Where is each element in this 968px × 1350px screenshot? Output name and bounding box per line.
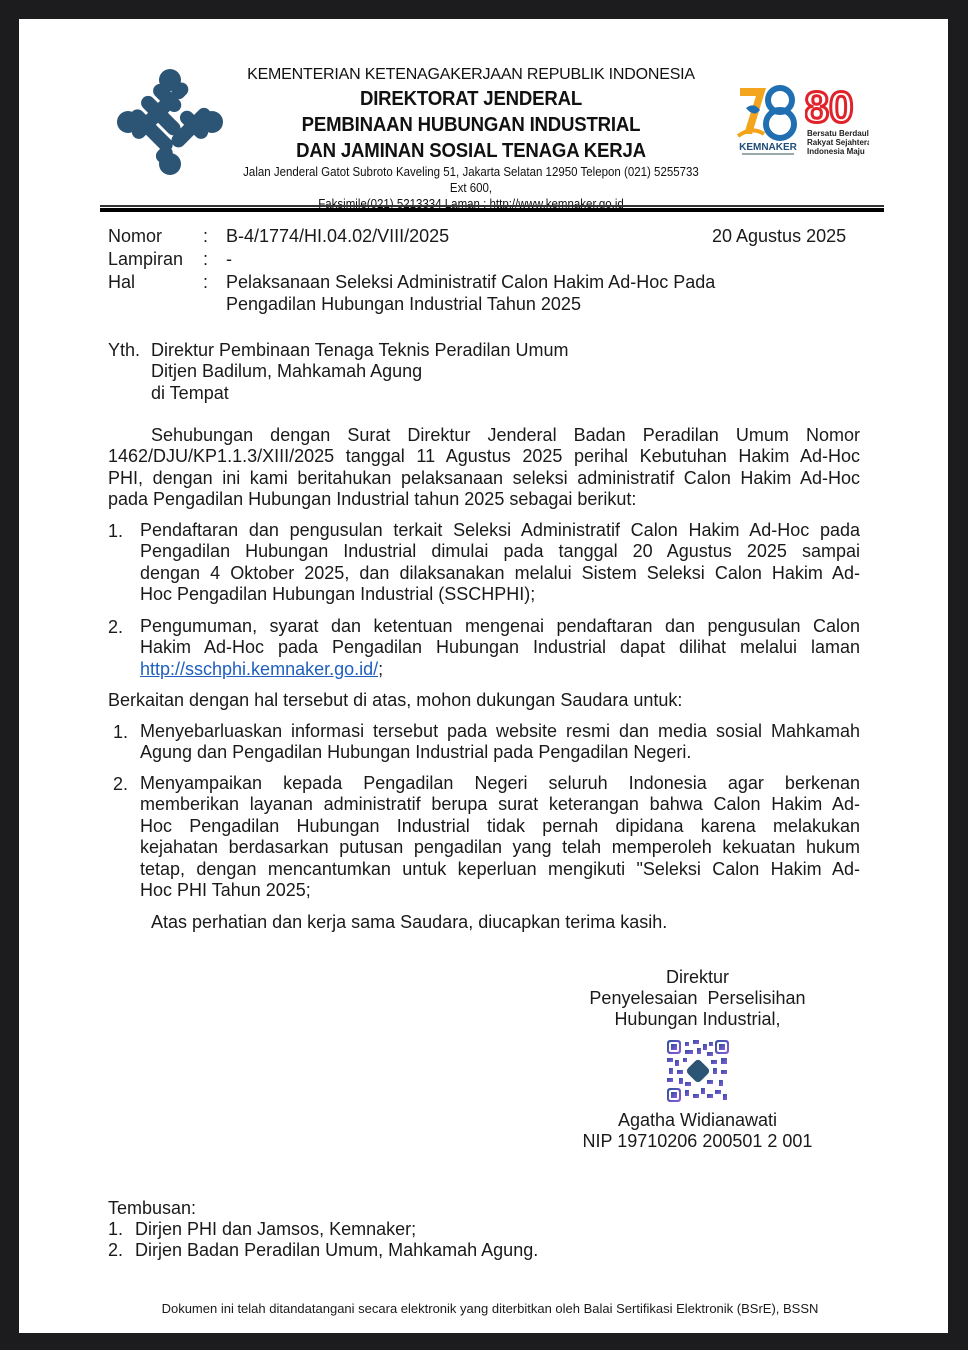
intro-paragraph: Sehubungan dengan Surat Direktur Jendera… — [108, 425, 860, 511]
svg-text:KEMNAKER: KEMNAKER — [739, 142, 798, 153]
letter-date: 20 Agustus 2025 — [712, 225, 846, 247]
directorate-line-2: PEMBINAAN HUBUNGAN INDUSTRIAL — [233, 112, 709, 138]
list1-item-2-number: 2. — [108, 616, 123, 638]
address-line-1: Jalan Jenderal Gatot Subroto Kaveling 51… — [235, 164, 706, 196]
signature-block: Direktur Penyelesaian Perselisihan Hubun… — [560, 967, 835, 1030]
header-rule-thick — [100, 208, 884, 212]
indonesia-80-logo-icon: 80 Bersatu Berdaulat Rakyat Sejahtera In… — [805, 78, 869, 158]
closing-text: Atas perhatian dan kerja sama Saudara, d… — [151, 911, 667, 933]
ministry-name: KEMENTERIAN KETENAGAKERJAAN REPUBLIK IND… — [215, 64, 727, 86]
tembusan-item-1-number: 1. — [108, 1218, 123, 1240]
list2-item-2-number: 2. — [113, 773, 128, 795]
lampiran-label: Lampiran — [108, 248, 183, 270]
hal-label: Hal — [108, 271, 135, 293]
signer-title-line-1: Direktur — [560, 967, 835, 988]
tembusan-label: Tembusan: — [108, 1197, 196, 1219]
tembusan-item-2-number: 2. — [108, 1239, 123, 1261]
svg-text:Bersatu Berdaulat: Bersatu Berdaulat — [807, 129, 869, 138]
kemnaker-logo-icon — [98, 50, 228, 180]
hal-line-2: Pengadilan Hubungan Industrial Tahun 202… — [226, 293, 581, 315]
list2-item-1: Menyebarluaskan informasi tersebut pada … — [140, 721, 860, 764]
list1-item-1: Pendaftaran dan pengusulan terkait Selek… — [140, 520, 860, 606]
recipient-prefix: Yth. — [108, 339, 140, 361]
tembusan-item-2: Dirjen Badan Peradilan Umum, Mahkamah Ag… — [135, 1239, 538, 1261]
nomor-value: B-4/1774/HI.04.02/VIII/2025 — [226, 225, 449, 247]
hal-line-1: Pelaksanaan Seleksi Administratif Calon … — [226, 271, 715, 293]
tembusan-item-1: Dirjen PHI dan Jamsos, Kemnaker; — [135, 1218, 416, 1240]
sschphi-link[interactable]: http://sschphi.kemnaker.go.id/ — [140, 659, 378, 679]
qr-code-signature-icon[interactable] — [667, 1040, 729, 1102]
directorate-line-3: DAN JAMINAN SOSIAL TENAGA KERJA — [233, 138, 709, 164]
signer-title-line-2: Penyelesaian Perselisihan — [560, 988, 835, 1009]
signer-name: Agatha Widianawati — [560, 1110, 835, 1131]
recipient-line-1: Direktur Pembinaan Tenaga Teknis Peradil… — [151, 339, 569, 361]
list1-item-1-number: 1. — [108, 520, 123, 542]
lampiran-value: - — [226, 248, 232, 270]
recipient-line-2: Ditjen Badilum, Mahkamah Agung — [151, 360, 422, 382]
directorate-line-1: DIREKTORAT JENDERAL — [233, 86, 709, 112]
signer-nip: NIP 19710206 200501 2 001 — [560, 1131, 835, 1152]
kemnaker-78-logo-icon: KEMNAKER — [736, 78, 800, 158]
support-intro: Berkaitan dengan hal tersebut di atas, m… — [108, 689, 682, 711]
recipient-line-3: di Tempat — [151, 382, 229, 404]
nomor-colon: : — [203, 225, 208, 247]
svg-text:Indonesia Maju: Indonesia Maju — [807, 147, 865, 156]
hal-colon: : — [203, 271, 208, 293]
header-rule-thin — [100, 205, 884, 207]
svg-text:Rakyat Sejahtera: Rakyat Sejahtera — [807, 138, 869, 147]
svg-text:80: 80 — [805, 83, 853, 132]
signer-name-block: Agatha Widianawati NIP 19710206 200501 2… — [560, 1110, 835, 1152]
list1-item-2: Pengumuman, syarat dan ketentuan mengena… — [140, 616, 860, 680]
esign-footer-note: Dokumen ini telah ditandatangani secara … — [100, 1301, 880, 1316]
nomor-label: Nomor — [108, 225, 162, 247]
list2-item-2: Menyampaikan kepada Pengadilan Negeri se… — [140, 773, 860, 901]
lampiran-colon: : — [203, 248, 208, 270]
signer-title-line-3: Hubungan Industrial, — [560, 1009, 835, 1030]
list2-item-1-number: 1. — [113, 721, 128, 743]
letterhead: KEMENTERIAN KETENAGAKERJAAN REPUBLIK IND… — [215, 64, 727, 212]
